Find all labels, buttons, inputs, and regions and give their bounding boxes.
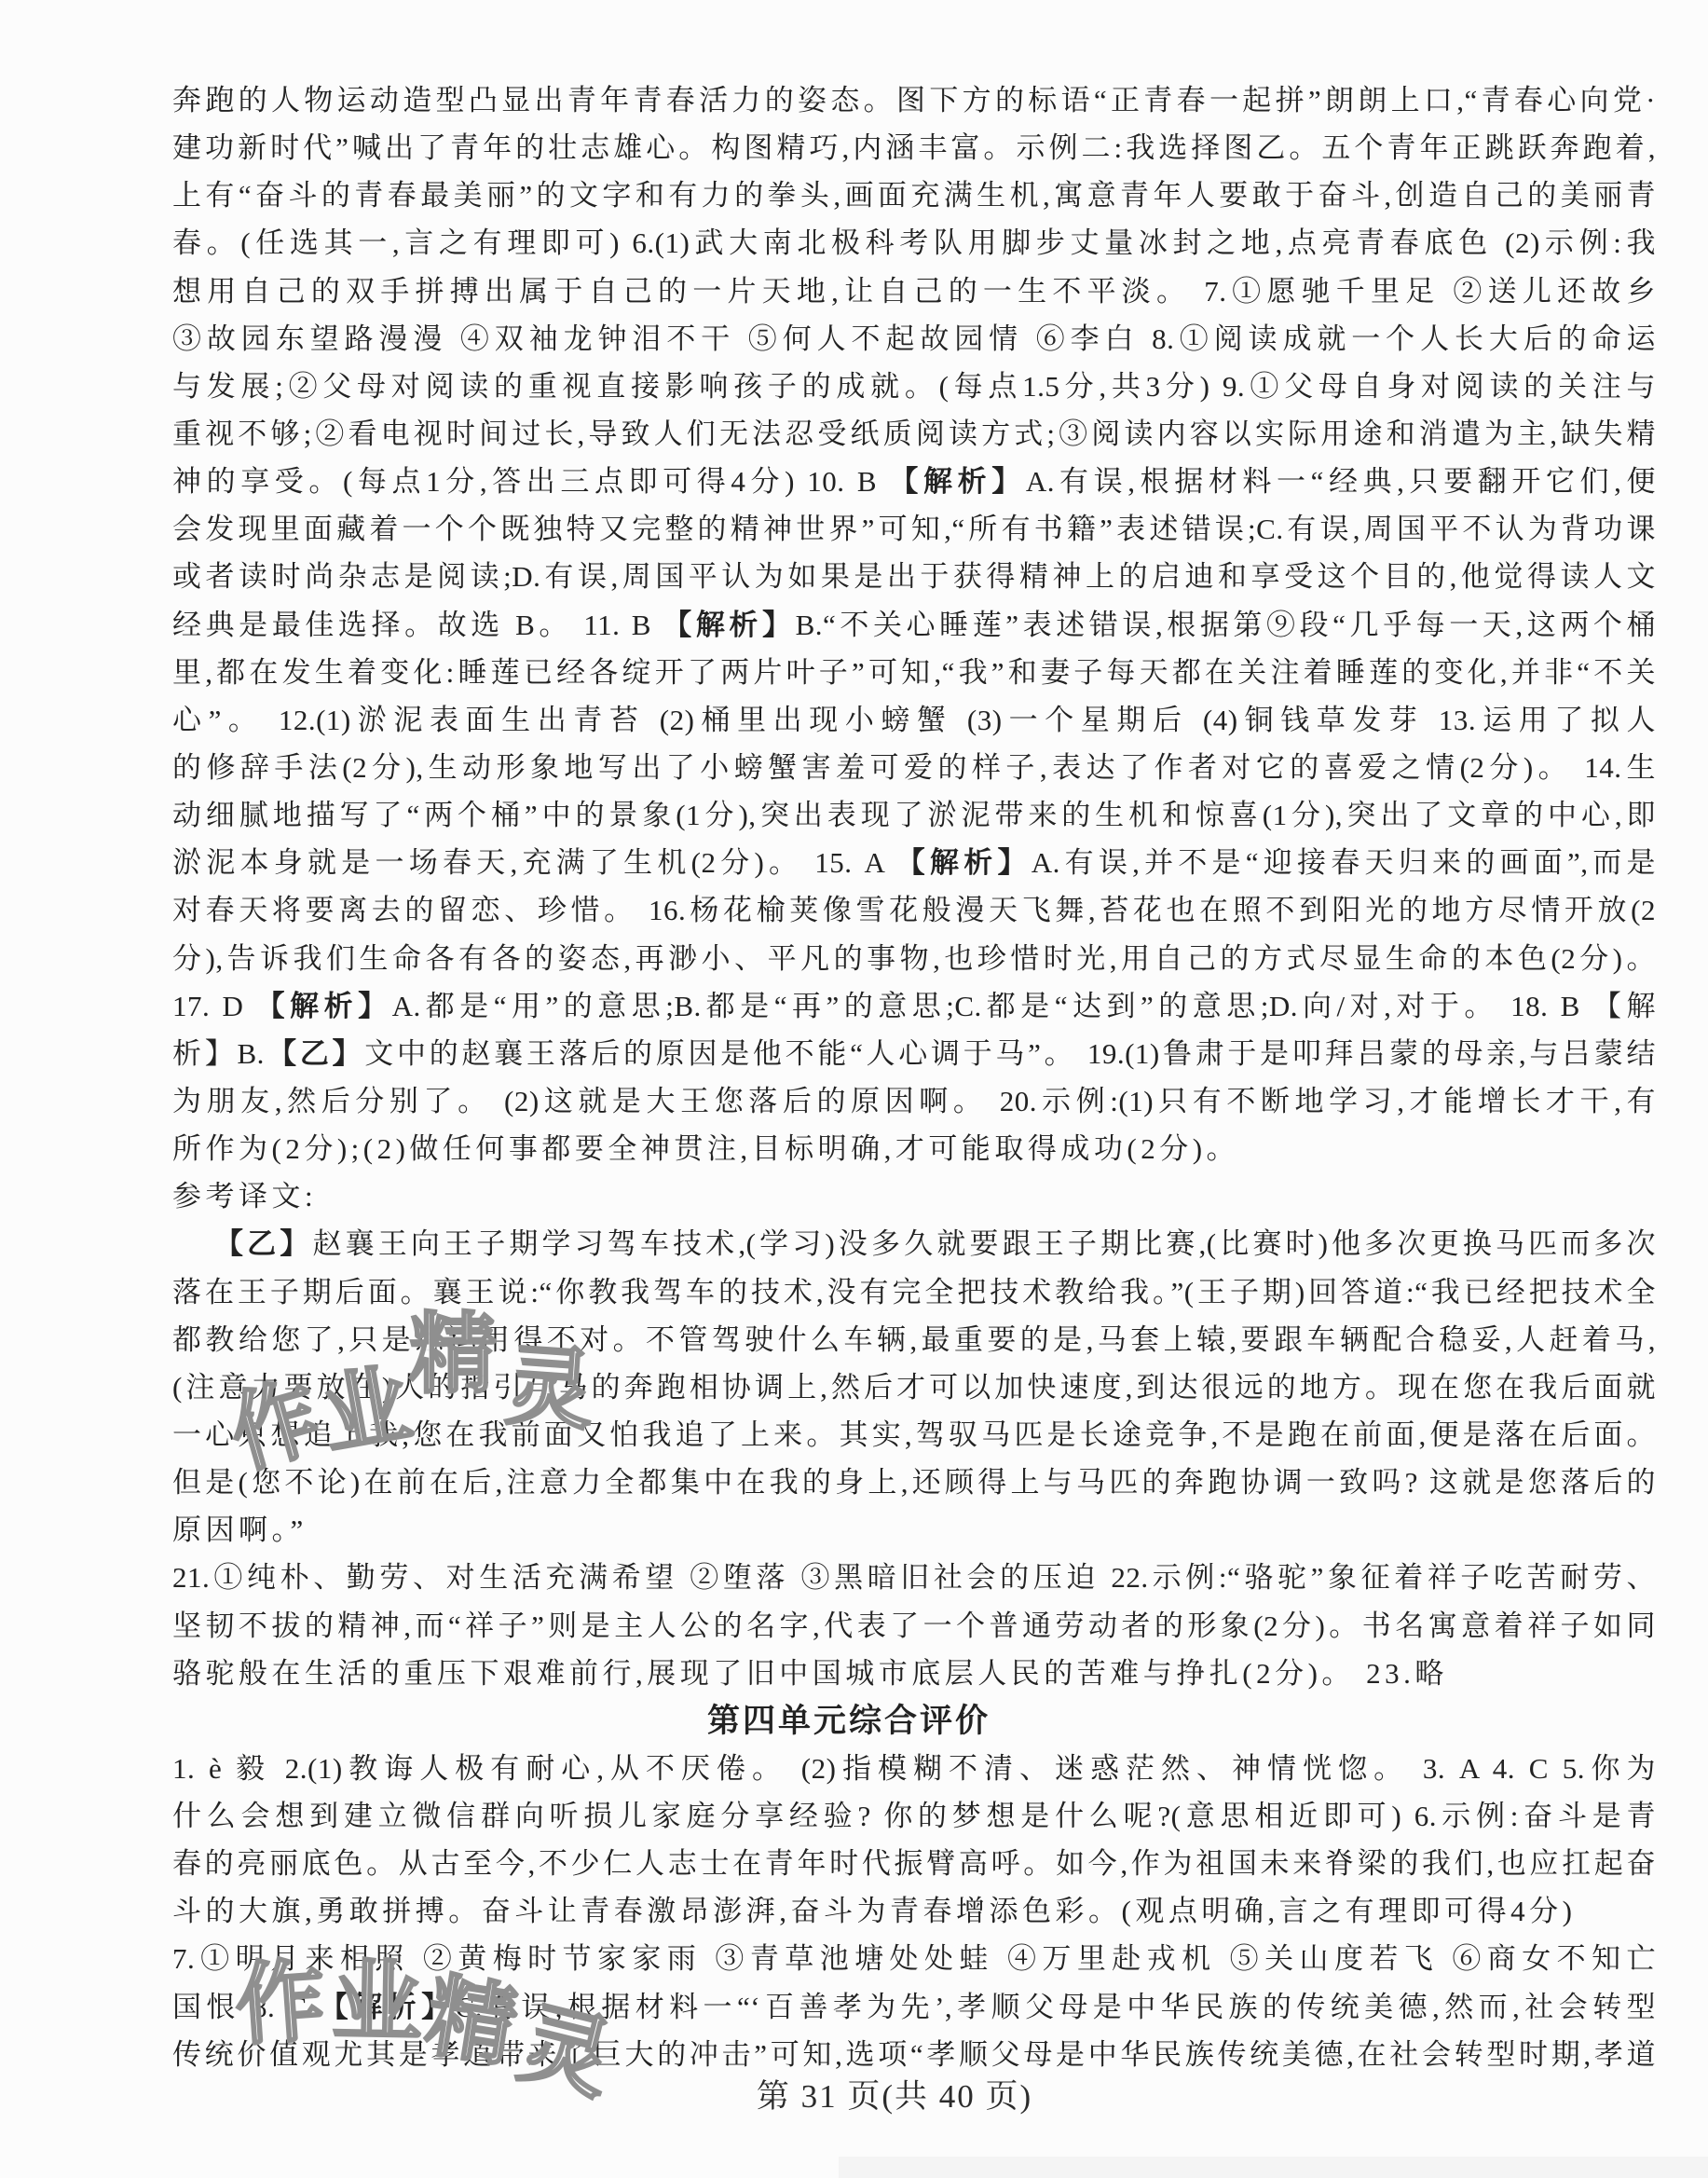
section-heading: 第四单元综合评价 — [107, 1697, 1591, 1745]
text-line: 对春天将要离去的留恋、珍惜。 16.杨花榆荚像雪花般漫天飞舞,苔花也在照不到阳光… — [172, 886, 1656, 934]
text-line: 分),告诉我们生命各有各的姿态,再渺小、平凡的事物,也珍惜时光,用自己的方式尽显… — [172, 935, 1656, 982]
text-line: 参考译文: — [172, 1172, 1656, 1220]
text-line: 重视不够;②看电视时间过长,导致人们无法忍受纸质阅读方式;③阅读内容以实际用途和… — [172, 410, 1656, 458]
answer-key-page: 奔跑的人物运动造型凸显出青年青春活力的姿态。图下方的标语“正青春一起拼”朗朗上口… — [0, 0, 1708, 2178]
text-line: 17. D 【解析】A.都是“用”的意思;B.都是“再”的意思;C.都是“达到”… — [172, 982, 1656, 1030]
text-line: 想用自己的双手拼搏出属于自己的一片天地,让自己的一生不平淡。 7.①愿驰千里足 … — [172, 267, 1656, 315]
scan-artifact-strip — [839, 2157, 1708, 2178]
text-line: 会发现里面藏着一个个既独特又完整的精神世界”可知,“所有书籍”表述错误;C.有误… — [172, 505, 1656, 553]
text-line: 经典是最佳选择。故选 B。 11. B 【解析】B.“不关心睡莲”表述错误,根据… — [172, 601, 1656, 649]
text-line: 一心只想追上我,您在我前面又怕我追了上来。其实,驾驭马匹是长途竞争,不是跑在前面… — [172, 1411, 1656, 1459]
text-line: 与发展;②父母对阅读的重视直接影响孩子的成就。(每点1.5分,共3分) 9.①父… — [172, 363, 1656, 410]
text-line: 【乙】赵襄王向王子期学习驾车技术,(学习)没多久就要跟王子期比赛,(比赛时)他多… — [172, 1220, 1656, 1267]
text-line: 神的享受。(每点1分,答出三点即可得4分) 10. B 【解析】A.有误,根据材… — [172, 458, 1656, 505]
text-line: 动细腻地描写了“两个桶”中的景象(1分),突出表现了淤泥带来的生机和惊喜(1分)… — [172, 791, 1656, 839]
text-line: (注意力要放在)人的指引与马的奔跑相协调上,然后才可以加快速度,到达很远的地方。… — [172, 1363, 1656, 1411]
text-line: 为朋友,然后分别了。 (2)这就是大王您落后的原因啊。 20.示例:(1)只有不… — [172, 1077, 1656, 1125]
text-line: 落在王子期后面。襄王说:“你教我驾车的技术,没有完全把技术教给我。”(王子期)回… — [172, 1268, 1656, 1316]
text-line: 国恨 8. C 【解析】C.有误,根据材料一“‘百善孝为先’,孝顺父母是中华民族… — [172, 1983, 1656, 2031]
text-line: 析】B.【乙】文中的赵襄王落后的原因是他不能“人心调于马”。 19.(1)鲁肃于… — [172, 1030, 1656, 1077]
text-line: 春的亮丽底色。从古至今,不少仁人志士在青年时代振臂高呼。如今,作为祖国未来脊梁的… — [172, 1840, 1656, 1887]
text-line: 都教给您了,只是您运用得不对。不管驾驶什么车辆,最重要的是,马套上辕,要跟车辆配… — [172, 1316, 1656, 1363]
text-line: 或者读时尚杂志是阅读;D.有误,周国平认为如果是出于获得精神上的启迪和享受这个目… — [172, 553, 1656, 600]
page-number-footer: 第 31 页(共 40 页) — [690, 2071, 1100, 2117]
text-line: 原因啊。” — [172, 1506, 1656, 1554]
text-line: 1. è 毅 2.(1)教诲人极有耐心,从不厌倦。 (2)指模糊不清、迷惑茫然、… — [172, 1745, 1656, 1792]
text-line: 21.①纯朴、勤劳、对生活充满希望 ②堕落 ③黑暗旧社会的压迫 22.示例:“骆… — [172, 1554, 1656, 1601]
text-line: 斗的大旗,勇敢拼搏。奋斗让青春激昂澎湃,奋斗为青春增添色彩。(观点明确,言之有理… — [172, 1887, 1656, 1935]
text-line: 7.①明月来相照 ②黄梅时节家家雨 ③青草池塘处处蛙 ④万里赴戎机 ⑤关山度若飞… — [172, 1935, 1656, 1982]
text-line: 什么会想到建立微信群向听损儿家庭分享经验? 你的梦想是什么呢?(意思相近即可) … — [172, 1792, 1656, 1840]
text-line: 骆驼般在生活的重压下艰难前行,展现了旧中国城市底层人民的苦难与挣扎(2分)。 2… — [172, 1650, 1656, 1697]
text-line: 上有“奋斗的青春最美丽”的文字和有力的拳头,画面充满生机,寓意青年人要敢于奋斗,… — [172, 171, 1656, 219]
text-line: 但是(您不论)在前在后,注意力全都集中在我的身上,还顾得上与马匹的奔跑协调一致吗… — [172, 1459, 1656, 1506]
text-line: 奔跑的人物运动造型凸显出青年青春活力的姿态。图下方的标语“正青春一起拼”朗朗上口… — [172, 76, 1656, 124]
text-line: 的修辞手法(2分),生动形象地写出了小螃蟹害羞可爱的样子,表达了作者对它的喜爱之… — [172, 744, 1656, 791]
text-line: 所作为(2分);(2)做任何事都要全神贯注,目标明确,才可能取得成功(2分)。 — [172, 1125, 1656, 1172]
text-line: 春。(任选其一,言之有理即可) 6.(1)武大南北极科考队用脚步丈量冰封之地,点… — [172, 219, 1656, 267]
text-line: 淤泥本身就是一场春天,充满了生机(2分)。 15. A 【解析】A.有误,并不是… — [172, 839, 1656, 886]
text-line: ③故园东望路漫漫 ④双袖龙钟泪不干 ⑤何人不起故园情 ⑥李白 8.①阅读成就一个… — [172, 315, 1656, 363]
answer-text-block: 奔跑的人物运动造型凸显出青年青春活力的姿态。图下方的标语“正青春一起拼”朗朗上口… — [172, 76, 1656, 2078]
text-line: 坚韧不拔的精神,而“祥子”则是主人公的名字,代表了一个普通劳动者的形象(2分)。… — [172, 1602, 1656, 1650]
text-line: 心”。 12.(1)淤泥表面生出青苔 (2)桶里出现小螃蟹 (3)一个星期后 (… — [172, 696, 1656, 744]
text-line: 建功新时代”喊出了青年的壮志雄心。构图精巧,内涵丰富。示例二:我选择图乙。五个青… — [172, 124, 1656, 171]
text-line: 里,都在发生着变化:睡莲已经各绽开了两片叶子”可知,“我”和妻子每天都在关注着睡… — [172, 649, 1656, 696]
